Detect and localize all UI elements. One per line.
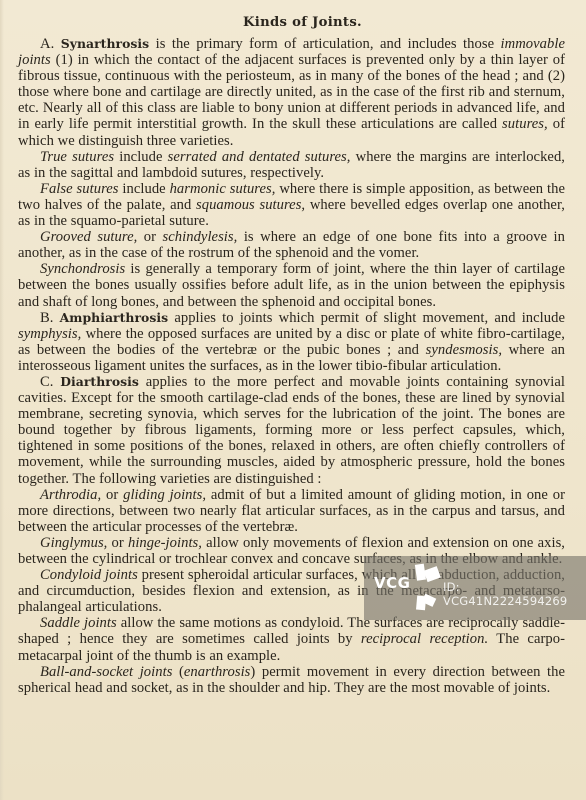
text-run: applies to the more perfect and movable …	[18, 374, 565, 487]
watermark-id: ID: VCG41N2224594269	[443, 580, 586, 608]
term-italic: hinge-joints,	[128, 535, 202, 551]
text-run: C.	[40, 374, 60, 390]
term-italic: sutures,	[502, 116, 548, 132]
page-title: Kinds of Joints.	[18, 14, 565, 32]
text-run: or	[107, 535, 128, 551]
text-run: is the primary form of articulation, and…	[149, 36, 500, 52]
term-italic: harmonic sutures,	[170, 181, 276, 197]
term-italic: gliding joints,	[123, 487, 206, 503]
term-italic: serrated and dentated sutures,	[168, 149, 351, 165]
term-bold: Synarthrosis	[61, 36, 150, 51]
paragraph-saddle: Saddle joints allow the same motions as …	[18, 615, 565, 663]
paragraph-grooved-suture: Grooved suture, or schindylesis, is wher…	[18, 229, 565, 261]
term-italic: Condyloid joints	[40, 567, 138, 583]
text-run: (	[172, 664, 183, 680]
term-italic: squamous sutures,	[196, 197, 305, 213]
term-italic: syndesmosis,	[426, 342, 502, 358]
text-run: B.	[40, 310, 60, 326]
watermark-overlay: VCG ID: VCG41N2224594269	[364, 556, 586, 620]
term-italic: False sutures	[40, 181, 119, 197]
term-italic: schindylesis,	[163, 229, 238, 245]
text-run: or	[137, 229, 162, 245]
term-italic: enarthrosis	[184, 664, 251, 680]
term-italic: True sutures	[40, 149, 114, 165]
text-run: include	[119, 181, 170, 197]
paragraph-diarthrosis: C. Diarthrosis applies to the more perfe…	[18, 374, 565, 487]
text-run: A.	[40, 36, 61, 52]
text-run: (1) in which the contact of the adjacent…	[18, 52, 565, 132]
paragraph-ball-and-socket: Ball-and-socket joints (enarthrosis) per…	[18, 664, 565, 696]
term-italic: Ginglymus,	[40, 535, 107, 551]
watermark-logo: VCG	[374, 574, 410, 592]
term-italic: Saddle joints	[40, 615, 117, 631]
term-italic: Synchondrosis	[40, 261, 125, 277]
text-run: include	[114, 149, 168, 165]
term-italic: reciprocal recep­tion.	[361, 631, 488, 647]
paragraph-synarthrosis: A. Synarthrosis is the primary form of a…	[18, 36, 565, 149]
book-page: Kinds of Joints. A. Synarthrosis is the …	[0, 0, 586, 800]
text-run: applies to joints which permit of slight…	[168, 310, 565, 326]
term-italic: symphysis,	[18, 326, 81, 342]
paragraph-amphiarthrosis: B. Amphiarthrosis applies to joints whic…	[18, 310, 565, 374]
term-italic: Ball-and-socket joints	[40, 664, 172, 680]
paragraph-true-sutures: True sutures include serrated and dentat…	[18, 149, 565, 181]
term-bold: Amphiarthrosis	[60, 310, 169, 325]
paragraph-false-sutures: False sutures include harmonic sutures, …	[18, 181, 565, 229]
term-italic: Grooved suture,	[40, 229, 137, 245]
term-italic: Arthrodia,	[40, 487, 101, 503]
paragraph-arthrodia: Arthrodia, or gliding joints, admit of b…	[18, 487, 565, 535]
text-run: or	[101, 487, 123, 503]
term-bold: Diarthrosis	[60, 374, 139, 389]
page-edge	[0, 0, 4, 800]
paragraph-synchondrosis: Synchondrosis is generally a temporary f…	[18, 261, 565, 309]
